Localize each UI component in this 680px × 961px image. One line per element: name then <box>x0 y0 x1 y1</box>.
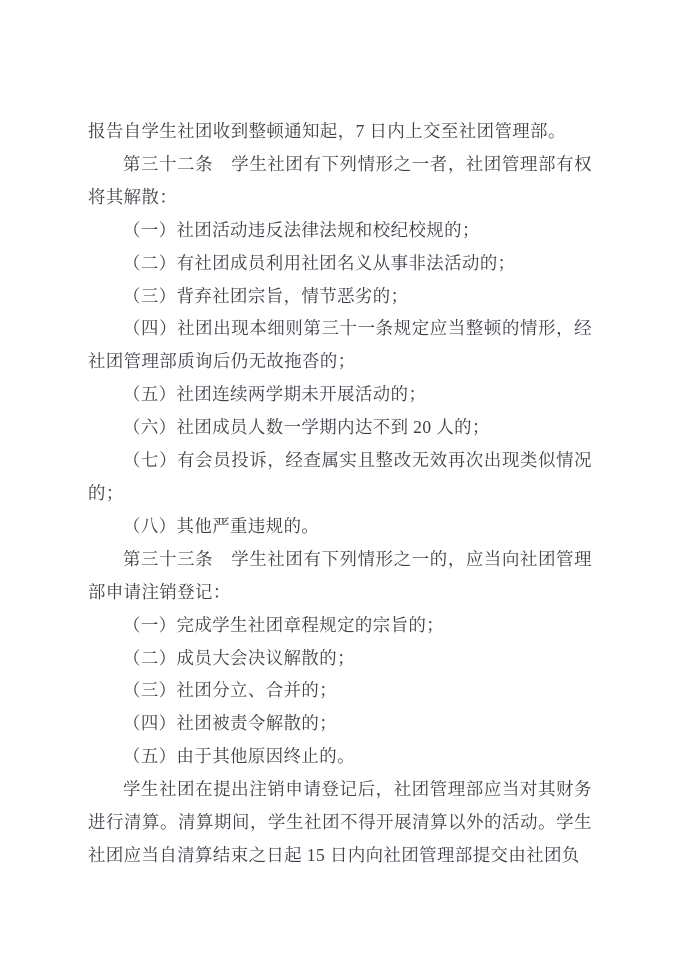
paragraph-item: （一）社团活动违反法律法规和校纪校规的； <box>88 214 592 247</box>
paragraph-item: （三）背弃社团宗旨，情节恶劣的； <box>88 280 592 313</box>
paragraph-item: （七）有会员投诉，经查属实且整改无效再次出现类似情况的； <box>88 444 592 510</box>
paragraph-item: （二）有社团成员利用社团名义从事非法活动的； <box>88 247 592 280</box>
paragraph-article: 第三十三条 学生社团有下列情形之一的，应当向社团管理部申请注销登记： <box>88 543 592 609</box>
paragraph-item: （一）完成学生社团章程规定的宗旨的； <box>88 609 592 642</box>
paragraph-item: （六）社团成员人数一学期内达不到 20 人的； <box>88 411 592 444</box>
document-body: 报告自学生社团收到整顿通知起，7 日内上交至社团管理部。第三十二条 学生社团有下… <box>88 115 592 872</box>
paragraph-item: （五）由于其他原因终止的。 <box>88 740 592 773</box>
paragraph-paragraph: 学生社团在提出注销申请登记后，社团管理部应当对其财务进行清算。清算期间，学生社团… <box>88 773 592 872</box>
paragraph-item: （三）社团分立、合并的； <box>88 674 592 707</box>
paragraph-item: （四）社团出现本细则第三十一条规定应当整顿的情形，经社团管理部质询后仍无故拖沓的… <box>88 312 592 378</box>
paragraph-item: （五）社团连续两学期未开展活动的； <box>88 378 592 411</box>
paragraph-item: （四）社团被责令解散的； <box>88 707 592 740</box>
paragraph-article: 第三十二条 学生社团有下列情形之一者，社团管理部有权将其解散： <box>88 148 592 214</box>
document-page: 报告自学生社团收到整顿通知起，7 日内上交至社团管理部。第三十二条 学生社团有下… <box>0 0 680 961</box>
paragraph-item: （二）成员大会决议解散的； <box>88 642 592 675</box>
paragraph-item: （八）其他严重违规的。 <box>88 510 592 543</box>
paragraph-continuation: 报告自学生社团收到整顿通知起，7 日内上交至社团管理部。 <box>88 115 592 148</box>
